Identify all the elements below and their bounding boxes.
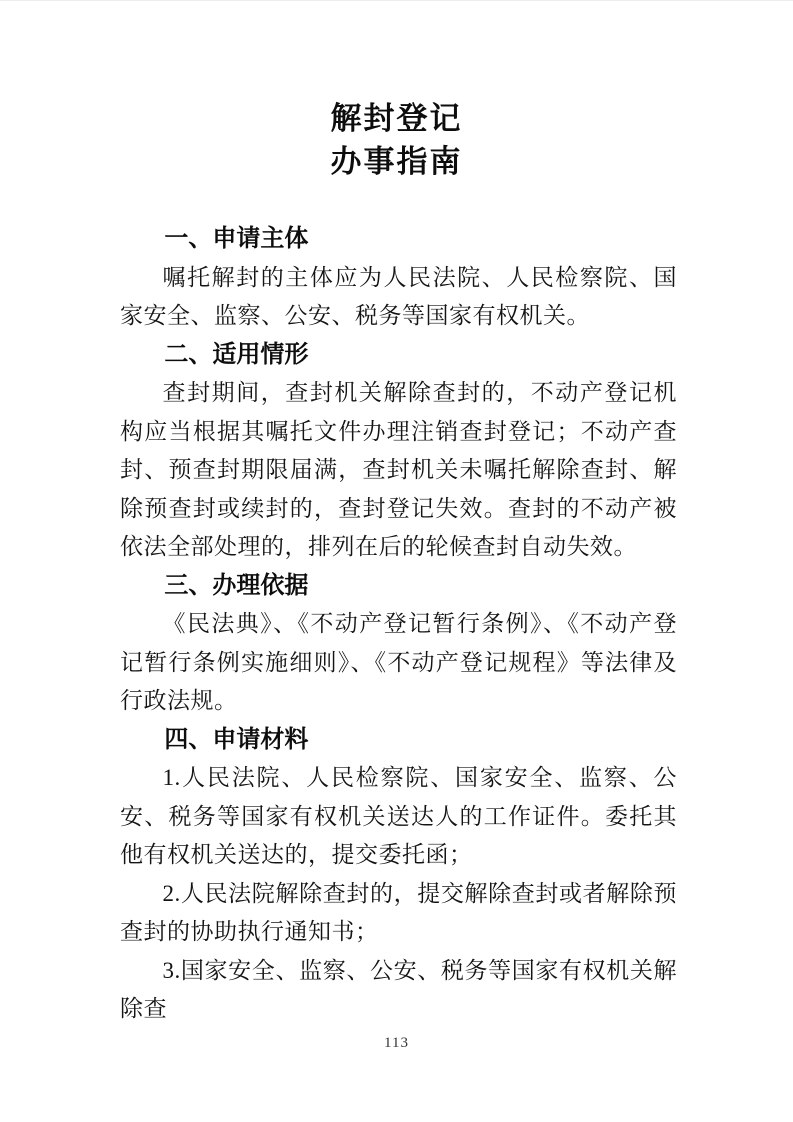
section-heading-2: 二、适用情形: [120, 336, 677, 375]
page-footer: 113: [0, 1034, 793, 1052]
title-line-1: 解封登记: [0, 97, 793, 140]
paragraph: 嘱托解封的主体应为人民法院、人民检察院、国家安全、监察、公安、税务等国家有权机关…: [120, 259, 677, 336]
list-item-3: 3.国家安全、监察、公安、税务等国家有权机关解除查: [120, 952, 677, 1029]
page-number: 113: [384, 1035, 409, 1051]
list-item-1: 1.人民法院、人民检察院、国家安全、监察、公安、税务等国家有权机关送达人的工作证…: [120, 759, 677, 875]
paragraph: 查封期间，查封机关解除查封的，不动产登记机构应当根据其嘱托文件办理注销查封登记；…: [120, 374, 677, 567]
document-body: 一、申请主体 嘱托解封的主体应为人民法院、人民检察院、国家安全、监察、公安、税务…: [120, 220, 677, 1029]
section-heading-3: 三、办理依据: [120, 567, 677, 606]
section-heading-1: 一、申请主体: [120, 220, 677, 259]
section-legal-basis: 三、办理依据 《民法典》、《不动产登记暂行条例》、《不动产登记暂行条例实施细则》…: [120, 567, 677, 721]
section-application-materials: 四、申请材料 1.人民法院、人民检察院、国家安全、监察、公安、税务等国家有权机关…: [120, 721, 677, 1029]
section-applicable-situations: 二、适用情形 查封期间，查封机关解除查封的，不动产登记机构应当根据其嘱托文件办理…: [120, 336, 677, 567]
list-item-2: 2.人民法院解除查封的，提交解除查封或者解除预查封的协助执行通知书；: [120, 875, 677, 952]
title-line-2: 办事指南: [0, 140, 793, 183]
section-heading-4: 四、申请材料: [120, 721, 677, 760]
paragraph: 《民法典》、《不动产登记暂行条例》、《不动产登记暂行条例实施细则》、《不动产登记…: [120, 605, 677, 721]
section-application-subject: 一、申请主体 嘱托解封的主体应为人民法院、人民检察院、国家安全、监察、公安、税务…: [120, 220, 677, 336]
document-title: 解封登记 办事指南: [0, 1, 793, 183]
document-page: 解封登记 办事指南 一、申请主体 嘱托解封的主体应为人民法院、人民检察院、国家安…: [0, 0, 793, 1122]
